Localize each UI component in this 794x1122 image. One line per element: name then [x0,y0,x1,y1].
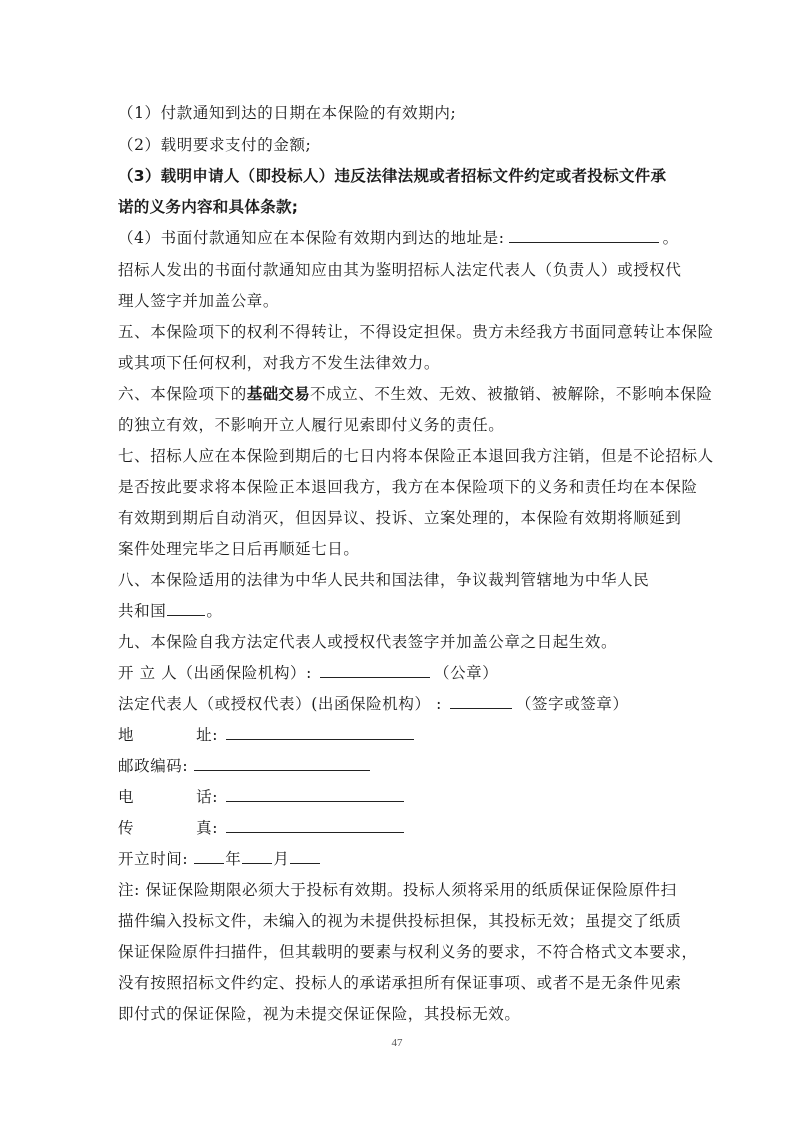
phone-field[interactable] [226,787,404,802]
clause-9: 九、本保险自我方法定代表人或授权代表签字并加盖公章之日起生效。 [118,632,617,652]
clause-6-bold-term: 基础交易 [247,385,310,403]
note-line3: 保证保险原件扫描件，但其载明的要素与权利义务的要求，不符合格式文本要求， [118,942,698,962]
clause-6-pre: 六、本保险项下的 [118,385,247,403]
issuer-label: 开 立 人（出函保险机构）: [118,664,312,682]
clause-7-line2: 是否按此要求将本保险正本退回我方，我方在本保险项下的义务和责任均在本保险 [118,477,698,497]
phone-label-a: 电 [118,788,134,806]
day-field[interactable] [290,849,320,864]
clause-8-text: 共和国 [118,602,166,620]
clause-6-line2: 的独立有效，不影响开立人履行见索即付义务的责任。 [118,415,504,435]
phone-label-b: 话: [196,788,218,806]
address-label-a: 地 [118,726,134,744]
clause-7-line1: 七、招标人应在本保险到期后的七日内将本保险正本退回我方注销，但是不论招标人 [118,446,714,466]
notice-para-line1: 招标人发出的书面付款通知应由其为鉴明招标人法定代表人（负责人）或授权代 [118,260,682,280]
page-number: 47 [0,1037,794,1049]
period: 。 [663,229,679,247]
month-label: 月 [273,850,289,868]
notice-para-line2: 理人签字并加盖公章。 [118,291,279,311]
clause-8-line2: 共和国。 [118,601,222,621]
year-field[interactable] [194,849,224,864]
clause-7-line4: 案件处理完毕之日后再顺延七日。 [118,539,360,559]
note-line4: 没有按照招标文件约定、投标人的承诺承担所有保证事项、或者不是无条件见索 [118,973,682,993]
document-page: （1）付款通知到达的日期在本保险的有效期内; （2）载明要求支付的金额; （3）… [0,0,794,1122]
address-field[interactable] [226,725,414,740]
month-field[interactable] [242,849,272,864]
legal-rep-blank[interactable] [450,694,512,709]
clause-6-line1: 六、本保险项下的基础交易不成立、不生效、无效、被撤销、被解除，不影响本保险 [118,384,713,404]
fax-label-b: 真: [196,819,218,837]
clause-item-4: （4）书面付款通知应在本保险有效期内到达的地址是:。 [118,228,679,248]
clause-8-line1: 八、本保险适用的法律为中华人民共和国法律，争议裁判管辖地为中华人民 [118,570,649,590]
issue-date-row: 开立时间:年月 [118,849,321,869]
clause-item-2: （2）载明要求支付的金额; [118,135,311,155]
fax-field[interactable] [226,818,404,833]
postcode-label: 邮政编码: [118,757,188,775]
period: 。 [206,602,222,620]
issuer-blank[interactable] [320,663,430,678]
fax-label-a: 传 [118,819,134,837]
clause-5-line1: 五、本保险项下的权利不得转让，不得设定担保。贵方未经我方书面同意转让本保险 [118,322,714,342]
clause-item-3-line1: （3）载明申请人（即投标人）违反法律法规或者招标文件约定或者投标文件承 [118,166,666,186]
fax-row: 传真: [118,818,408,838]
legal-rep-label: 法定代表人（或授权代表）(出函保险机构） : [118,695,442,713]
address-label-b: 址: [196,726,218,744]
note-line2: 描件编入投标文件，未编入的视为未提供投标担保，其投标无效；虽提交了纸质 [118,911,682,931]
clause-6-post: 不成立、不生效、无效、被撤销、被解除，不影响本保险 [310,385,713,403]
issue-date-label: 开立时间: [118,850,188,868]
clause-5-line2: 或其项下任何权利，对我方不发生法律效力。 [118,353,440,373]
address-blank[interactable] [509,228,659,243]
address-row: 地址: [118,725,418,745]
note-line5: 即付式的保证保险，视为未提交保证保险，其投标无效。 [118,1004,521,1024]
clause-item-3-line2: 诺的义务内容和具体条款; [118,197,298,217]
seal-label: （公章） [434,664,498,682]
note-line1: 注: 保证保险期限必须大于投标有效期。投标人须将采用的纸质保证保险原件扫 [118,880,677,900]
year-label: 年 [225,850,241,868]
clause-7-line3: 有效期到期后自动消灭，但因异议、投诉、立案处理的，本保险有效期将顺延到 [118,508,682,528]
clause-item-1: （1）付款通知到达的日期在本保险的有效期内; [118,103,456,123]
signature-label: （签字或签章） [516,695,629,713]
jurisdiction-blank[interactable] [167,601,205,616]
phone-row: 电话: [118,787,408,807]
clause-item-4-text: （4）书面付款通知应在本保险有效期内到达的地址是: [118,229,505,247]
issuer-row: 开 立 人（出函保险机构）:（公章） [118,663,498,683]
postcode-field[interactable] [194,756,370,771]
legal-rep-row: 法定代表人（或授权代表）(出函保险机构） :（签字或签章） [118,694,629,714]
postcode-row: 邮政编码: [118,756,374,776]
